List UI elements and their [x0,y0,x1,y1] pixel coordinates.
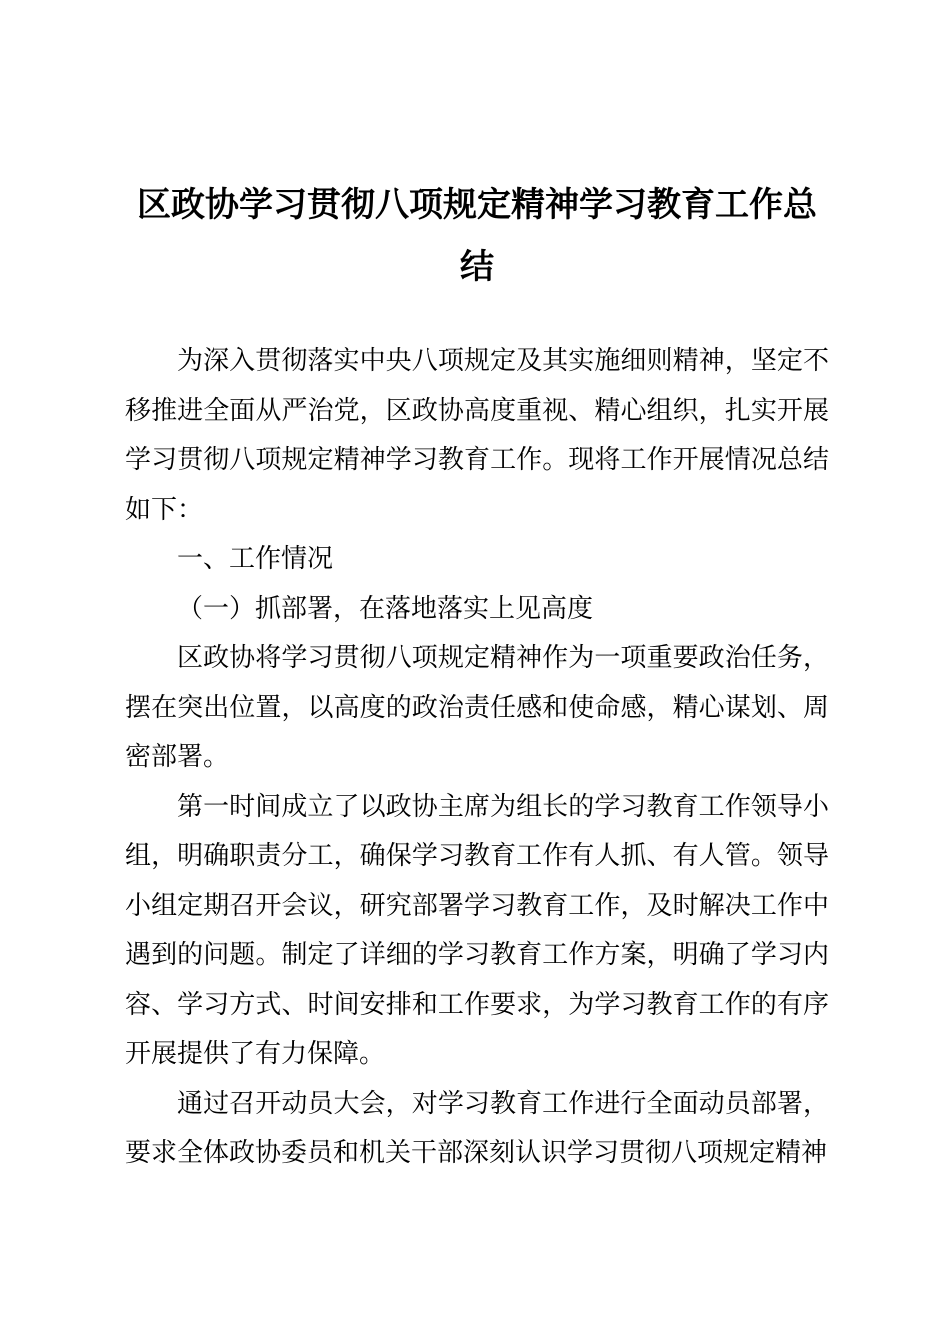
heading-level-2: （一）抓部署，在落地落实上见高度 [125,584,829,634]
paragraph: 通过召开动员大会，对学习教育工作进行全面动员部署，要求全体政协委员和机关干部深刻… [125,1079,829,1178]
paragraph: 为深入贯彻落实中央八项规定及其实施细则精神，坚定不移推进全面从严治党，区政协高度… [125,336,829,534]
paragraph: 第一时间成立了以政协主席为组长的学习教育工作领导小组，明确职责分工，确保学习教育… [125,782,829,1079]
paragraph: 区政协将学习贯彻八项规定精神作为一项重要政治任务，摆在突出位置，以高度的政治责任… [125,633,829,782]
document-page: 区政协学习贯彻八项规定精神学习教育工作总结 为深入贯彻落实中央八项规定及其实施细… [0,0,950,1344]
document-body: 为深入贯彻落实中央八项规定及其实施细则精神，坚定不移推进全面从严治党，区政协高度… [125,336,829,1178]
document-title: 区政协学习贯彻八项规定精神学习教育工作总结 [125,0,829,298]
heading-level-1: 一、工作情况 [125,534,829,584]
